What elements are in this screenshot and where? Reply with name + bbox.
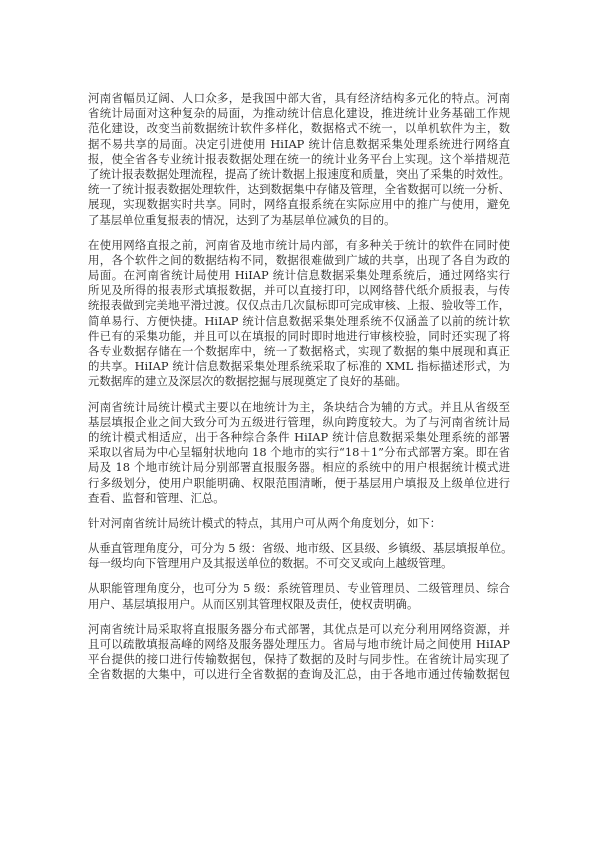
text-line: 平台提供的接口进行传输数据包，保持了数据的及时与同步性。在省统计局实现了	[88, 652, 510, 667]
document-page: 河南省幅员辽阔、人口众多，是我国中部大省，具有经济结构多元化的特点。河南 省统计…	[0, 0, 600, 850]
paragraph-3: 河南省统计局统计模式主要以在地统计为主，条块结合为辅的方式。并且从省级至 基层填…	[88, 400, 510, 506]
text-line: 从职能管理角度分，也可分为 5 级：系统管理员、专业管理员、二级管理员、综合	[88, 581, 510, 596]
text-line: 每一级均向下管理用户及其报送单位的数据。不可交叉或向上越级管理。	[88, 556, 510, 571]
text-line: 了统计报表数据处理流程，提高了统计数据上报速度和质量，突出了采集的时效性。	[88, 167, 510, 182]
text-line: 局及 18 个地市统计局分别部署直报服务器。相应的系统中的用户根据统计模式进	[88, 460, 510, 475]
text-line: 河南省幅员辽阔、人口众多，是我国中部大省，具有经济结构多元化的特点。河南	[88, 91, 510, 106]
text-line: 针对河南省统计局统计模式的特点，其用户可从两个角度划分，如下：	[88, 516, 510, 531]
text-line: 了基层单位重复报表的情况，达到了为基层单位减负的目的。	[88, 213, 510, 228]
text-line: 局面。在河南省统计局使用 HiIAP 统计信息数据采集处理系统后，通过网络实行	[88, 268, 510, 283]
text-line: 报，使全省各专业统计报表数据处理在统一的统计业务平台上实现。这个举措规范	[88, 152, 510, 167]
text-line: 基层填报企业之间大致分可为五级进行管理，纵向跨度较大。为了与河南省统计局	[88, 415, 510, 430]
paragraph-7: 河南省统计局采取将直报服务器分布式部署，其优点是可以充分利用网络资源，并 且可以…	[88, 622, 510, 683]
paragraph-1: 河南省幅员辽阔、人口众多，是我国中部大省，具有经济结构多元化的特点。河南 省统计…	[88, 91, 510, 228]
text-line: 全省数据的大集中，可以进行全省数据的查询及汇总，由于各地市通过传输数据包	[88, 667, 510, 682]
text-line: 范化建设，改变当前数据统计软件多样化，数据格式不统一，以单机软件为主，数	[88, 121, 510, 136]
text-line: 展现，实现数据实时共享。同时，网络直报系统在实际应用中的推广与使用，避免	[88, 197, 510, 212]
text-line: 采取以省局为中心呈辐射状地向 18 个地市的实行“18＋1”分布式部署方案。即在…	[88, 445, 510, 460]
paragraph-2: 在使用网络直报之前，河南省及地市统计局内部，有多种关于统计的软件在同时使 用，各…	[88, 238, 510, 390]
text-line: 省统计局面对这种复杂的局面，为推动统计信息化建设，推进统计业务基础工作规	[88, 106, 510, 121]
text-line: 且可以疏散填报高峰的网络及服务器处理压力。省局与地市统计局之间使用 HiIAP	[88, 637, 510, 652]
text-line: 统一了统计报表数据处理软件，达到数据集中存储及管理，全省数据可以统一分析、	[88, 182, 510, 197]
text-line: 据不易共享的局面。决定引进使用 HiIAP 统计信息数据采集处理系统进行网络直	[88, 137, 510, 152]
text-line: 在使用网络直报之前，河南省及地市统计局内部，有多种关于统计的软件在同时使	[88, 238, 510, 253]
text-line: 的统计模式相适应，出于各种综合条件 HiIAP 统计信息数据采集处理系统的部署	[88, 430, 510, 445]
document-body: 河南省幅员辽阔、人口众多，是我国中部大省，具有经济结构多元化的特点。河南 省统计…	[88, 91, 510, 693]
paragraph-4: 针对河南省统计局统计模式的特点，其用户可从两个角度划分，如下：	[88, 516, 510, 531]
text-line: 各专业数据存储在一个数据库中，统一了数据格式，实现了数据的集中展现和真正	[88, 344, 510, 359]
text-line: 用，各个软件之间的数据结构不同，数据很难做到广域的共享，出现了各自为政的	[88, 253, 510, 268]
text-line: 查看、监督和管理、汇总。	[88, 491, 510, 506]
text-line: 从垂直管理角度分，可分为 5 级：省级、地市级、区县级、乡镇级、基层填报单位。	[88, 541, 510, 556]
paragraph-6: 从职能管理角度分，也可分为 5 级：系统管理员、专业管理员、二级管理员、综合 用…	[88, 581, 510, 611]
text-line: 河南省统计局采取将直报服务器分布式部署，其优点是可以充分利用网络资源，并	[88, 622, 510, 637]
text-line: 所见及所得的报表形式填报数据，并可以直接打印，以网络替代纸介质报表，与传	[88, 283, 510, 298]
text-line: 简单易行、方便快捷。HiIAP 统计信息数据采集处理系统不仅涵盖了以前的统计软	[88, 314, 510, 329]
text-line: 元数据库的建立及深层次的数据挖掘与展现奠定了良好的基础。	[88, 374, 510, 389]
text-line: 行多级划分，使用户职能明确、权限范围清晰，便于基层用户填报及上级单位进行	[88, 476, 510, 491]
text-line: 件已有的采集功能，并且可以在填报的同时即时地进行审核校验，同时还实现了将	[88, 329, 510, 344]
paragraph-5: 从垂直管理角度分，可分为 5 级：省级、地市级、区县级、乡镇级、基层填报单位。 …	[88, 541, 510, 571]
text-line: 用户、基层填报用户。从而区别其管理权限及责任，使权责明确。	[88, 597, 510, 612]
text-line: 统报表做到完美地平滑过渡。仅仅点击几次鼠标即可完成审核、上报、验收等工作，	[88, 298, 510, 313]
text-line: 的共享。HiIAP 统计信息数据采集处理系统采取了标准的 XML 指标描述形式，…	[88, 359, 510, 374]
text-line: 河南省统计局统计模式主要以在地统计为主，条块结合为辅的方式。并且从省级至	[88, 400, 510, 415]
